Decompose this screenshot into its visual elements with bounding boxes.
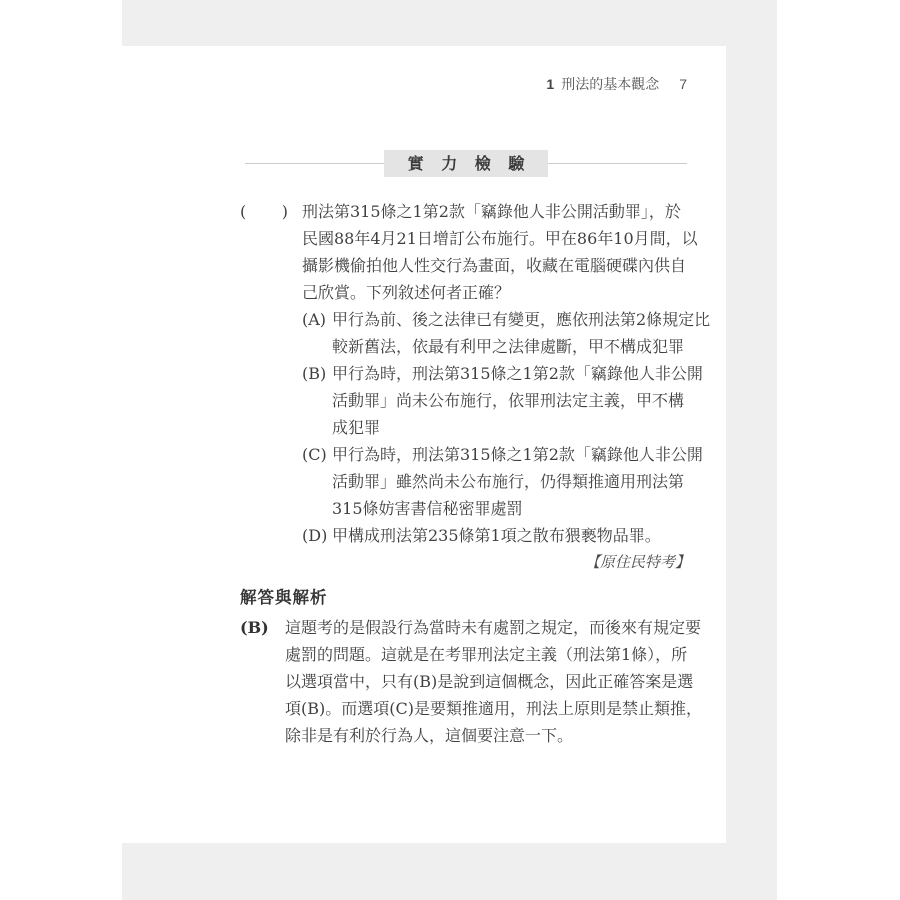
explanation-line: 除非是有利於行為人，這個要注意一下。 bbox=[285, 722, 702, 749]
answer-bracket: ( ) bbox=[240, 198, 288, 576]
book-page: 1 刑法的基本觀念 7 實 力 檢 驗 ( ) 刑法第315條之1第2款「竊錄他… bbox=[122, 46, 726, 843]
option-d-label: (D) bbox=[302, 522, 332, 549]
option-c-line: 甲行為時，刑法第315條之1第2款「竊錄他人非公開 bbox=[332, 441, 703, 468]
solution-heading: 解答與解析 bbox=[240, 584, 328, 608]
option-d: (D) 甲構成刑法第235條第1項之散布猥褻物品罪。 bbox=[302, 522, 690, 549]
option-a: (A) 甲行為前、後之法律已有變更，應依刑法第2條規定比 較新舊法，依最有利甲之… bbox=[302, 306, 690, 360]
question-line: 民國88年4月21日增訂公布施行。甲在86年10月間，以 bbox=[302, 225, 690, 252]
option-b: (B) 甲行為時，刑法第315條之1第2款「竊錄他人非公開 活動罪」尚未公布施行… bbox=[302, 360, 690, 441]
exam-source: 【原住民特考】 bbox=[302, 549, 690, 576]
explanation-line: 項(B)。而選項(C)是要類推適用，刑法上原則是禁止類推， bbox=[285, 695, 702, 722]
question-line: 己欣賞。下列敘述何者正確？ bbox=[302, 279, 690, 306]
answer-label: (B) bbox=[240, 614, 285, 749]
chapter-number: 1 bbox=[546, 76, 554, 92]
option-c-line: 315條妨害書信秘密罪處罰 bbox=[332, 495, 703, 522]
question-block: ( ) 刑法第315條之1第2款「竊錄他人非公開活動罪」，於 民國88年4月21… bbox=[240, 198, 690, 576]
option-c: (C) 甲行為時，刑法第315條之1第2款「竊錄他人非公開 活動罪」雖然尚未公布… bbox=[302, 441, 690, 522]
option-b-line: 活動罪」尚未公布施行，依罪刑法定主義，甲不構 bbox=[332, 387, 703, 414]
explanation-block: (B) 這題考的是假設行為當時未有處罰之規定，而後來有規定要 處罰的問題。這就是… bbox=[240, 614, 692, 749]
section-badge: 實 力 檢 驗 bbox=[384, 150, 549, 177]
option-b-line: 甲行為時，刑法第315條之1第2款「竊錄他人非公開 bbox=[332, 360, 703, 387]
book-photo-background: 1 刑法的基本觀念 7 實 力 檢 驗 ( ) 刑法第315條之1第2款「竊錄他… bbox=[122, 0, 777, 900]
option-b-line: 成犯罪 bbox=[332, 414, 703, 441]
option-d-line: 甲構成刑法第235條第1項之散布猥褻物品罪。 bbox=[332, 522, 661, 549]
running-header: 1 刑法的基本觀念 7 bbox=[546, 74, 687, 94]
option-a-label: (A) bbox=[302, 306, 332, 360]
question-line: 刑法第315條之1第2款「竊錄他人非公開活動罪」，於 bbox=[302, 198, 690, 225]
section-divider: 實 力 檢 驗 bbox=[245, 150, 687, 177]
option-b-label: (B) bbox=[302, 360, 332, 441]
option-c-line: 活動罪」雖然尚未公布施行，仍得類推適用刑法第 bbox=[332, 468, 703, 495]
explanation-line: 以選項當中，只有(B)是說到這個概念，因此正確答案是選 bbox=[285, 668, 702, 695]
option-c-label: (C) bbox=[302, 441, 332, 522]
option-a-line: 較新舊法，依最有利甲之法律處斷，甲不構成犯罪 bbox=[332, 333, 710, 360]
page-number: 7 bbox=[679, 76, 687, 92]
option-a-line: 甲行為前、後之法律已有變更，應依刑法第2條規定比 bbox=[332, 306, 710, 333]
question-line: 攝影機偷拍他人性交行為畫面，收藏在電腦硬碟內供自 bbox=[302, 252, 690, 279]
chapter-title: 刑法的基本觀念 bbox=[561, 74, 659, 94]
bracket-close: ) bbox=[282, 198, 288, 576]
bracket-open: ( bbox=[240, 198, 246, 576]
explanation-line: 處罰的問題。這就是在考罪刑法定主義（刑法第1條），所 bbox=[285, 641, 702, 668]
explanation-line: 這題考的是假設行為當時未有處罰之規定，而後來有規定要 bbox=[285, 614, 702, 641]
